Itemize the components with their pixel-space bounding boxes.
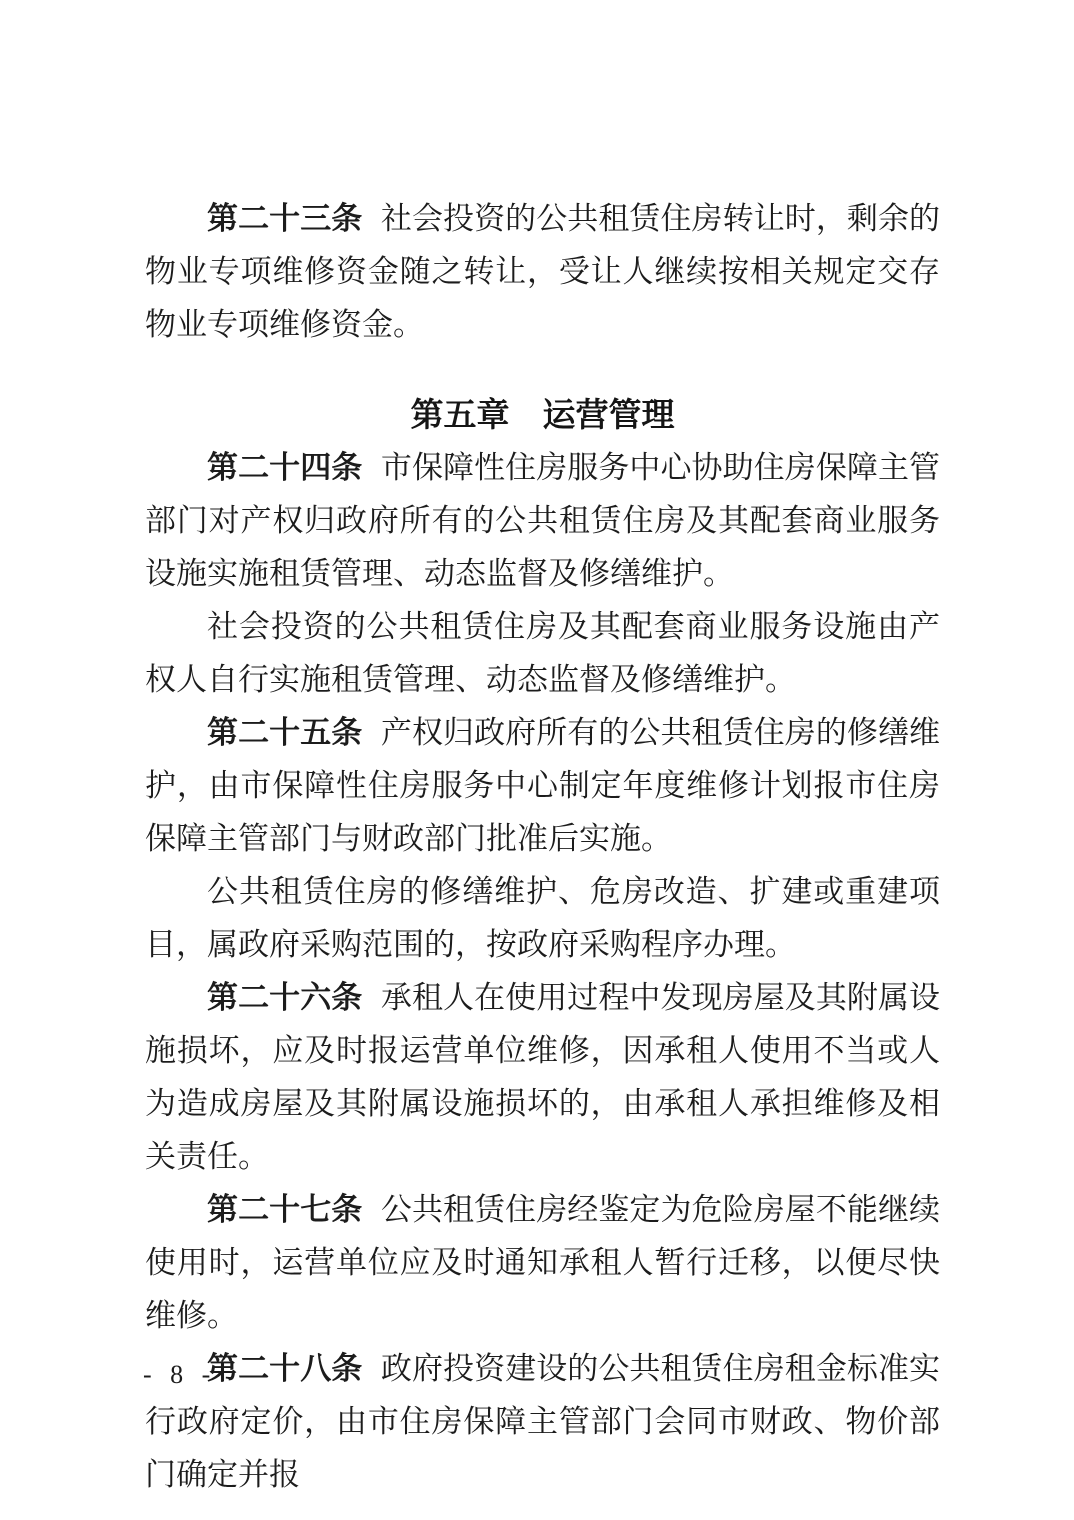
paragraph-article-28: 第二十八条政府投资建设的公共租赁住房租金标准实行政府定价，由市住房保障主管部门会… [145, 1342, 940, 1501]
article-23-number: 第二十三条 [207, 201, 362, 236]
paragraph-article-23: 第二十三条社会投资的公共租赁住房转让时，剩余的物业专项维修资金随之转让，受让人继… [145, 192, 940, 351]
article-27-number: 第二十七条 [207, 1192, 362, 1227]
paragraph-article-27: 第二十七条公共租赁住房经鉴定为危险房屋不能继续使用时，运营单位应及时通知承租人暂… [145, 1183, 940, 1342]
paragraph-article-26: 第二十六条承租人在使用过程中发现房屋及其附属设施损坏，应及时报运营单位维修，因承… [145, 971, 940, 1183]
page-number: - 8 - [143, 1358, 216, 1392]
document-body: 第二十三条社会投资的公共租赁住房转让时，剩余的物业专项维修资金随之转让，受让人继… [145, 192, 940, 1501]
paragraph-article-25-cont: 公共租赁住房的修缮维护、危房改造、扩建或重建项目，属政府采购范围的，按政府采购程… [145, 865, 940, 971]
chapter-heading: 第五章 运营管理 [145, 388, 940, 441]
article-26-number: 第二十六条 [207, 980, 362, 1015]
paragraph-text: 公共租赁住房的修缮维护、危房改造、扩建或重建项目，属政府采购范围的，按政府采购程… [145, 874, 940, 962]
paragraph-article-25: 第二十五条产权归政府所有的公共租赁住房的修缮维护，由市保障性住房服务中心制定年度… [145, 706, 940, 865]
document-page: 第二十三条社会投资的公共租赁住房转让时，剩余的物业专项维修资金随之转让，受让人继… [0, 0, 1074, 1520]
article-28-number: 第二十八条 [207, 1351, 362, 1386]
paragraph-article-24-cont: 社会投资的公共租赁住房及其配套商业服务设施由产权人自行实施租赁管理、动态监督及修… [145, 600, 940, 706]
article-25-number: 第二十五条 [207, 715, 362, 750]
paragraph-article-24: 第二十四条市保障性住房服务中心协助住房保障主管部门对产权归政府所有的公共租赁住房… [145, 441, 940, 600]
article-24-number: 第二十四条 [207, 450, 362, 485]
paragraph-text: 社会投资的公共租赁住房及其配套商业服务设施由产权人自行实施租赁管理、动态监督及修… [145, 609, 940, 697]
